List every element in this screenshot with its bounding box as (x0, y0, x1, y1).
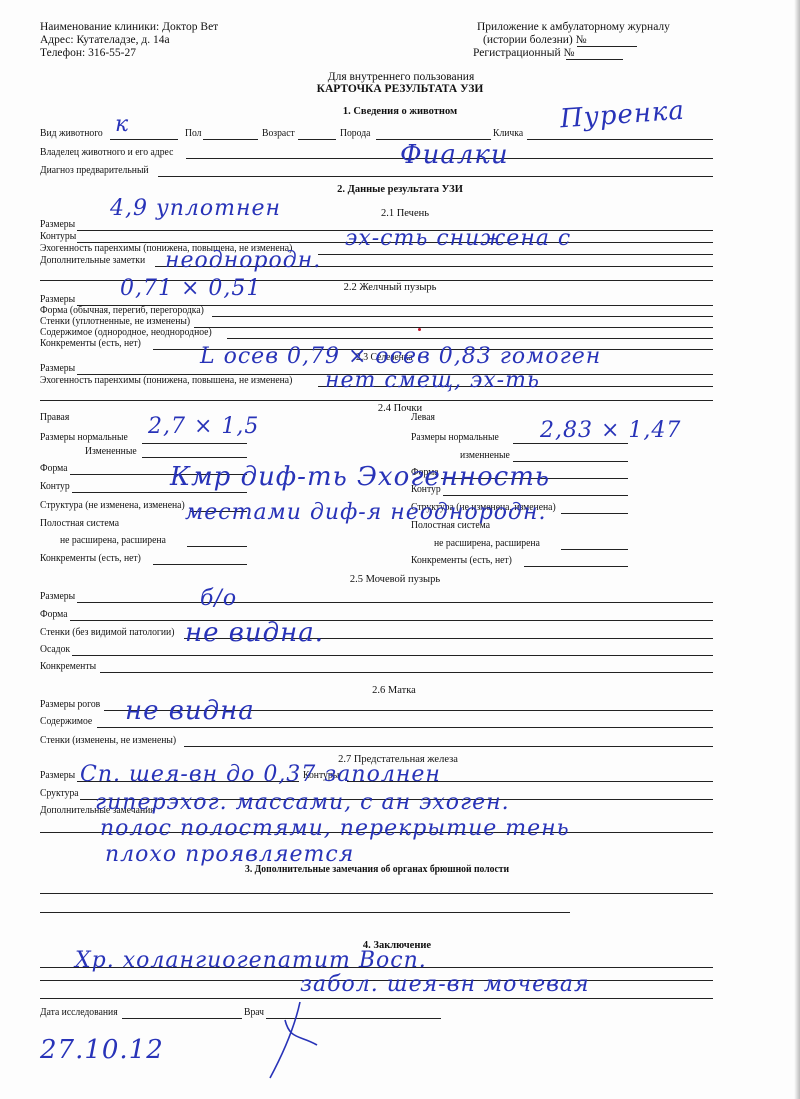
bladder-stones-field[interactable] (100, 672, 713, 673)
bladder-sediment-label: Осадок (40, 644, 70, 656)
rk-size-label: Размеры нормальные (40, 432, 128, 444)
liver-heading: 2.1 Печень (381, 208, 429, 220)
journal-number-field[interactable] (577, 46, 637, 47)
hw-owner: Фиалки (400, 140, 509, 170)
rk-stones-field[interactable] (153, 564, 247, 565)
diagnosis-field[interactable] (158, 176, 713, 177)
left-kidney-title: Левая (411, 412, 435, 424)
spleen-echogenicity-label: Эхогенность паренхимы (понижена, повышен… (40, 375, 292, 387)
hw-kidneys-1: Кмр диф-ть Эхогенность (170, 462, 550, 492)
rk-cavity-label: Полостная система (40, 518, 119, 530)
appendix-line2: (истории болезни) № (483, 34, 587, 47)
hw-liver-1: 4,9 уплотнен (110, 196, 281, 221)
registration-number-field[interactable] (566, 59, 623, 60)
rk-size-field[interactable] (142, 443, 247, 444)
lk-contour-field[interactable] (443, 495, 628, 496)
bladder-shape-field[interactable] (70, 620, 713, 621)
gallbladder-heading: 2.2 Желчный пузырь (344, 282, 437, 294)
uterus-content-field[interactable] (97, 727, 713, 728)
rk-changed-field[interactable] (142, 457, 247, 458)
doctor-signature-icon (255, 1000, 335, 1080)
bladder-walls-label: Стенки (без видимой патологии) (40, 627, 174, 639)
abdominal-notes-field-1[interactable] (40, 893, 713, 894)
clinic-address: Адрес: Кутателадзе, д. 14а (40, 34, 170, 47)
name-label: Кличка (493, 128, 523, 140)
hw-prostate-1: Сп. шея-вн до 0,37 заполнен (80, 762, 441, 787)
rk-contour-field[interactable] (72, 492, 247, 493)
hw-gallbladder: 0,71 × 0,51 (120, 276, 261, 301)
rk-changed-label: Измененные (85, 446, 137, 458)
rk-dilation-label: не расширена, расширена (60, 535, 166, 547)
hw-bladder-2: не видна. (185, 618, 324, 648)
liver-notes-label: Дополнительные заметки (40, 255, 145, 267)
uterus-horns-label: Размеры рогов (40, 699, 100, 711)
ultrasound-result-card: Наименование клиники: Доктор Вет Адрес: … (0, 0, 800, 1099)
hw-prostate-2: гиперэхог. массами, с ан эхоген. (95, 790, 510, 815)
liver-size-label: Размеры (40, 219, 75, 231)
bladder-sediment-field[interactable] (72, 655, 713, 656)
hw-left-kidney-size: 2,83 × 1,47 (540, 418, 681, 443)
hw-exam-date: 27.10.12 (40, 1035, 164, 1065)
hw-spleen-2: нет смещ, эх-ть (325, 368, 540, 393)
uterus-walls-label: Стенки (изменены, не изменены) (40, 735, 176, 747)
spleen-size-label: Размеры (40, 363, 75, 375)
pet-name-field[interactable] (527, 139, 713, 140)
lk-changed-label: изменненые (460, 450, 510, 462)
hw-uterus: не видна (125, 696, 255, 726)
lk-size-field[interactable] (513, 443, 628, 444)
clinic-name: Наименование клиники: Доктор Вет (40, 21, 218, 34)
clinic-phone: Телефон: 316-55-27 (40, 47, 136, 60)
spleen-extra-field[interactable] (40, 400, 713, 401)
section-1-heading: 1. Сведения о животном (343, 106, 457, 118)
appendix-line3: Регистрационный № (473, 47, 574, 60)
hw-species: к (115, 112, 129, 137)
bladder-stones-label: Конкременты (40, 661, 96, 673)
gb-content-field[interactable] (227, 338, 713, 339)
abdominal-notes-field-2[interactable] (40, 912, 570, 913)
hw-liver-3: неоднородн. (165, 248, 321, 273)
rk-contour-label: Контур (40, 481, 70, 493)
lk-dilation-field[interactable] (561, 549, 628, 550)
prostate-structure-label: Сруктура (40, 788, 79, 800)
age-label: Возраст (262, 128, 295, 140)
diagnosis-label: Диагноз предварительный (40, 165, 149, 177)
liver-contour-label: Контуры (40, 231, 76, 243)
bladder-shape-label: Форма (40, 609, 67, 621)
hw-spleen-1: L осев 0,79 × осев 0,83 гомоген (200, 344, 601, 369)
uterus-walls-field[interactable] (184, 746, 713, 747)
rk-structure-label: Структура (не изменена, изменена) (40, 500, 185, 512)
lk-dilation-label: не расширена, расширена (434, 538, 540, 550)
hw-conclusion-1: Хр. холангиогепатит Восп. (75, 948, 427, 973)
gb-walls-field[interactable] (194, 327, 713, 328)
lk-stones-field[interactable] (524, 566, 628, 567)
rk-stones-label: Конкременты (есть, нет) (40, 553, 141, 565)
lk-stones-label: Конкременты (есть, нет) (411, 555, 512, 567)
rk-dilation-field[interactable] (187, 546, 247, 547)
lk-size-label: Размеры нормальные (411, 432, 499, 444)
exam-date-label: Дата исследования (40, 1007, 118, 1019)
right-kidney-title: Правая (40, 412, 69, 424)
liver-echogenicity-field[interactable] (318, 254, 713, 255)
bladder-heading: 2.5 Мочевой пузырь (350, 574, 440, 586)
hw-bladder-1: б/о (200, 586, 237, 611)
owner-label: Владелец животного и его адрес (40, 147, 173, 159)
hw-pet-name: Пуренка (559, 96, 686, 135)
conclusion-field-3[interactable] (40, 998, 713, 999)
hw-liver-2: эх-сть снижена с (345, 226, 571, 251)
red-dot-mark (418, 328, 421, 331)
gb-stones-label: Конкременты (есть, нет) (40, 338, 141, 350)
breed-label: Порода (340, 128, 370, 140)
gb-shape-field[interactable] (212, 316, 713, 317)
section-3-heading: 3. Дополнительные замечания об органах б… (245, 864, 509, 876)
appendix-line1: Приложение к амбулаторному журналу (477, 21, 670, 34)
hw-right-kidney-size: 2,7 × 1,5 (148, 414, 259, 439)
hw-conclusion-2: забол. шея-вн мочевая (300, 972, 590, 997)
hw-prostate-3: полос полостями, перекрытие тень (100, 816, 570, 841)
sex-label: Пол (185, 128, 202, 140)
age-field[interactable] (298, 139, 336, 140)
bladder-size-label: Размеры (40, 591, 75, 603)
bladder-size-field[interactable] (77, 602, 713, 603)
sex-field[interactable] (203, 139, 258, 140)
page-title: КАРТОЧКА РЕЗУЛЬТАТА УЗИ (317, 83, 484, 96)
uterus-content-label: Содержимое (40, 716, 92, 728)
hw-kidneys-2: местами диф-я неоднородн. (185, 500, 546, 525)
exam-date-field[interactable] (122, 1018, 242, 1019)
rk-shape-label: Форма (40, 463, 67, 475)
uterus-heading: 2.6 Матка (372, 685, 416, 697)
section-2-heading: 2. Данные результата УЗИ (337, 184, 463, 196)
scan-edge-shadow (794, 0, 800, 1099)
lk-structure-field[interactable] (561, 513, 628, 514)
species-label: Вид животного (40, 128, 103, 140)
species-field[interactable] (110, 139, 178, 140)
prostate-size-label: Размеры (40, 770, 75, 782)
